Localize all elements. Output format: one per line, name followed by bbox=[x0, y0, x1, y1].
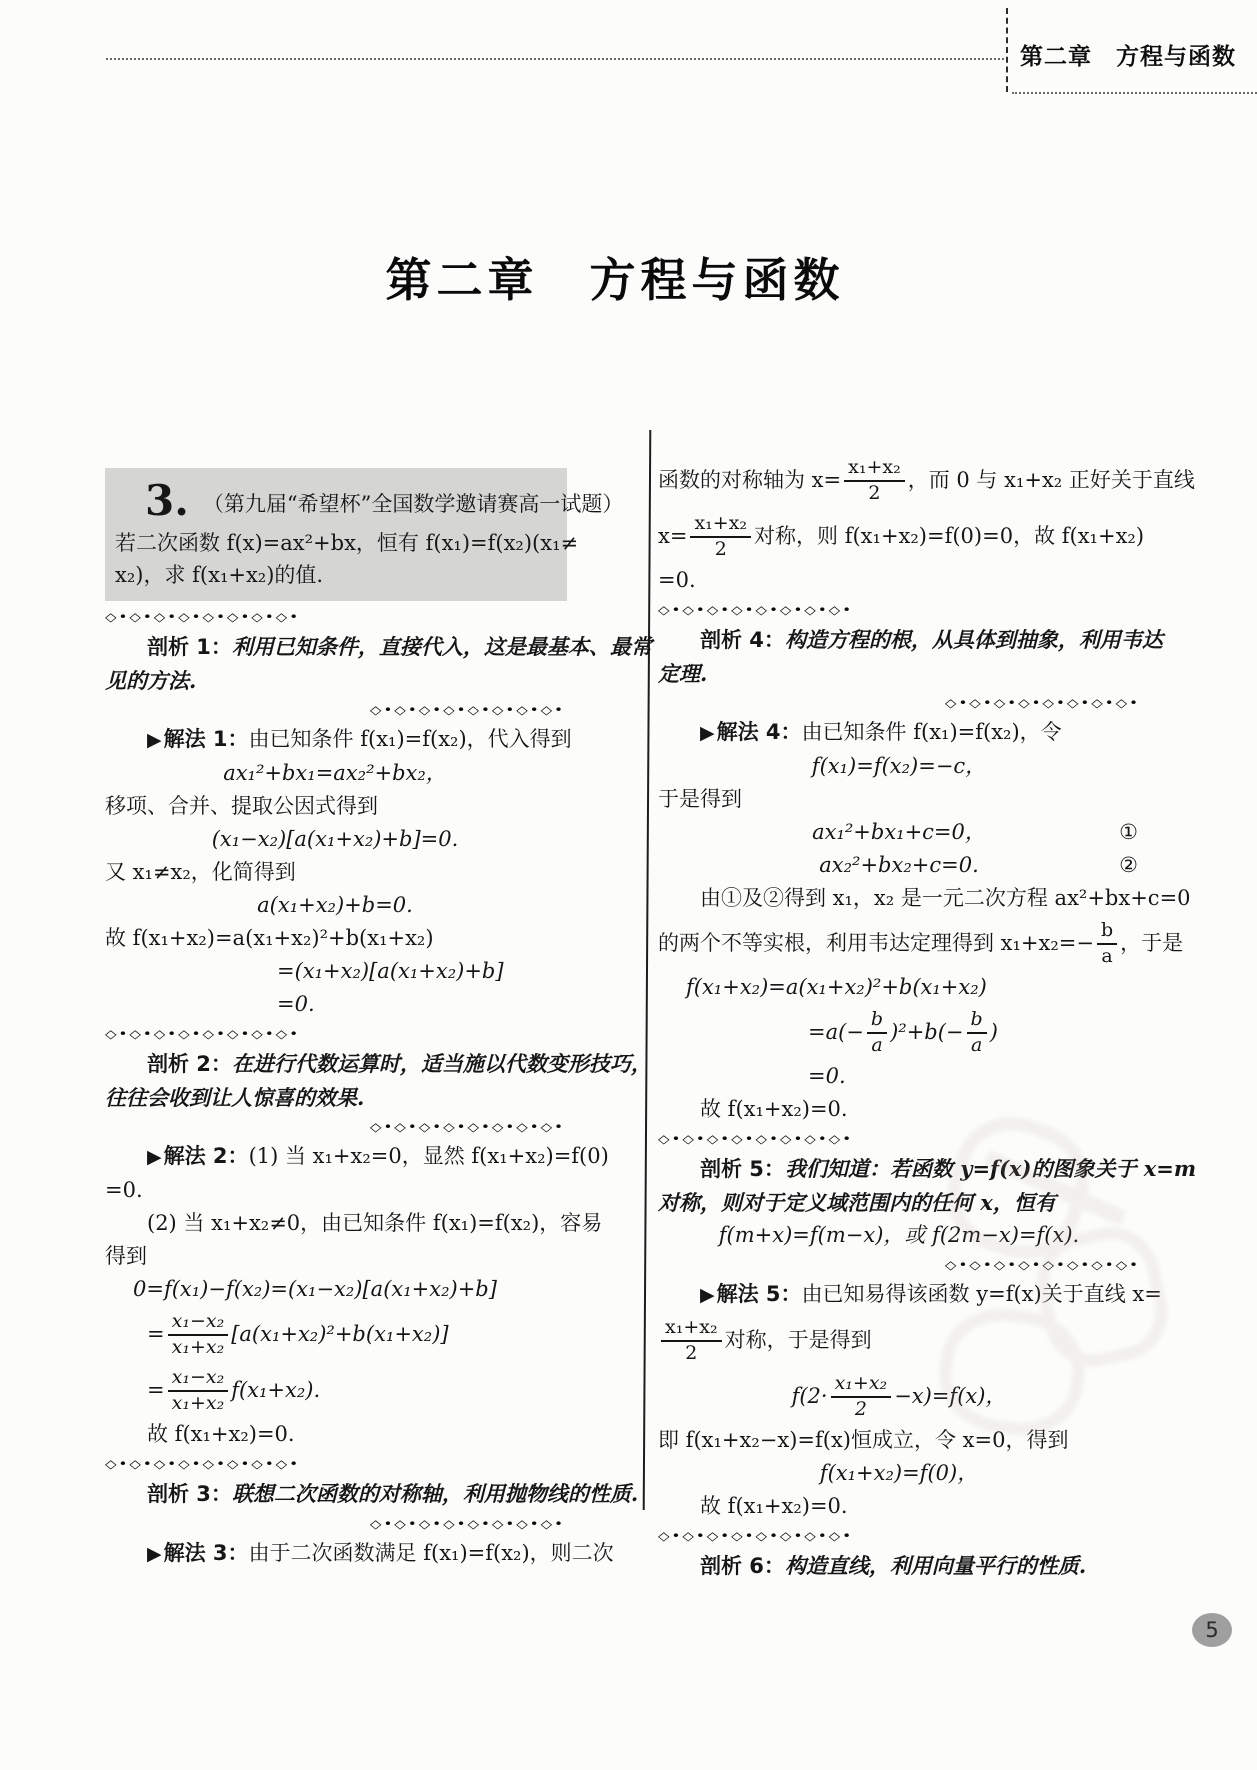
solution-3-continued: =0. bbox=[658, 564, 1140, 597]
solution-4-equation: f(x₁)=f(x₂)=−c， bbox=[658, 750, 1140, 783]
solution-3-intro: ▶解法 3：由于二次函数满足 f(x₁)=f(x₂)，则二次 bbox=[105, 1537, 565, 1571]
solution-1-equation: a(x₁+x₂)+b=0. bbox=[105, 889, 565, 922]
fraction: x₁+x₂2 bbox=[844, 457, 905, 505]
analysis-3-line: 剖析 3：联想二次函数的对称轴，利用抛物线的性质. bbox=[105, 1477, 565, 1511]
solution-marker-icon: ▶ bbox=[147, 1543, 162, 1565]
fraction: x₁+x₂2 bbox=[690, 513, 751, 561]
solution-4-equation: ax₁²+bx₁+c=0，① bbox=[658, 816, 1140, 849]
analysis-5-line: 对称，则对于定义域范围内的任何 x，恒有 bbox=[658, 1186, 1140, 1219]
solution-5-equation: f(x₁+x₂)=f(0)， bbox=[658, 1457, 1140, 1490]
solution-4-label: 解法 4： bbox=[717, 720, 802, 744]
page-number-badge: 5 bbox=[1192, 1613, 1232, 1647]
section-divider: ◇•◇•◇•◇•◇•◇•◇•◇• bbox=[105, 1454, 565, 1473]
analysis-4-line: 定理. bbox=[658, 657, 1140, 690]
fraction: x₁−x₂x₁+x₂ bbox=[168, 1311, 229, 1359]
solution-1-text: 故 f(x₁+x₂)=a(x₁+x₂)²+b(x₁+x₂) bbox=[105, 922, 565, 955]
analysis-2-label: 剖析 2： bbox=[147, 1052, 232, 1076]
solution-1-text: 又 x₁≠x₂，化简得到 bbox=[105, 856, 565, 889]
left-column: 3.（第九届“希望杯”全国数学邀请赛高一试题） 若二次函数 f(x)=ax²+b… bbox=[105, 468, 565, 1571]
solution-5-text: 故 f(x₁+x₂)=0. bbox=[658, 1490, 1140, 1523]
solution-4-equation: f(x₁+x₂)=a(x₁+x₂)²+b(x₁+x₂) bbox=[658, 971, 1140, 1004]
solution-4-text: 由①及②得到 x₁，x₂ 是一元二次方程 ax²+bx+c=0 bbox=[658, 882, 1140, 915]
section-divider: ◇•◇•◇•◇•◇•◇•◇•◇• bbox=[658, 600, 1140, 619]
solution-4-equation: =0. bbox=[658, 1060, 1140, 1093]
solution-2-equation: 0=f(x₁)−f(x₂)=(x₁−x₂)[a(x₁+x₂)+b] bbox=[105, 1273, 565, 1306]
fraction: ba bbox=[867, 1009, 887, 1057]
solution-2-text: =0. bbox=[105, 1174, 565, 1207]
solution-1-equation: (x₁−x₂)[a(x₁+x₂)+b]=0. bbox=[105, 823, 565, 856]
header-dashed-divider bbox=[1006, 8, 1008, 92]
equation-number: ② bbox=[1119, 849, 1138, 882]
solution-5-text: x₁+x₂2对称，于是得到 bbox=[658, 1312, 1140, 1368]
section-divider: ◇•◇•◇•◇•◇•◇•◇•◇• bbox=[658, 1526, 1140, 1545]
solution-marker-icon: ▶ bbox=[147, 729, 162, 751]
problem-source: （第九届“希望杯”全国数学邀请赛高一试题） bbox=[203, 492, 623, 516]
solution-marker-icon: ▶ bbox=[700, 1284, 715, 1306]
solution-5-text: 即 f(x₁+x₂−x)=f(x)恒成立，令 x=0，得到 bbox=[658, 1424, 1140, 1457]
analysis-1-line: 见的方法. bbox=[105, 664, 565, 697]
solution-2-equation: =x₁−x₂x₁+x₂f(x₁+x₂). bbox=[105, 1362, 565, 1418]
equation-number: ① bbox=[1119, 816, 1138, 849]
analysis-2-line: 往往会收到让人惊喜的效果. bbox=[105, 1081, 565, 1114]
solution-3-label: 解法 3： bbox=[164, 1541, 249, 1565]
problem-text-line: 若二次函数 f(x)=ax²+bx，恒有 f(x₁)=f(x₂)(x₁≠ bbox=[115, 527, 559, 559]
analysis-1-line: 剖析 1：利用已知条件，直接代入，这是最基本、最常 bbox=[105, 630, 565, 664]
solution-1-intro: ▶解法 1：由已知条件 f(x₁)=f(x₂)，代入得到 bbox=[105, 723, 565, 757]
section-divider: ◇•◇•◇•◇•◇•◇•◇•◇• bbox=[105, 1514, 565, 1533]
header-dotted-rule-left bbox=[106, 58, 1004, 60]
analysis-5-line: 剖析 5：我们知道：若函数 y=f(x)的图象关于 x=m bbox=[658, 1152, 1140, 1186]
solution-5-intro: ▶解法 5：由已知易得该函数 y=f(x)关于直线 x= bbox=[658, 1278, 1140, 1312]
solution-4-text: 的两个不等实根，利用韦达定理得到 x₁+x₂=−ba，于是 bbox=[658, 915, 1140, 971]
solution-marker-icon: ▶ bbox=[700, 722, 715, 744]
solution-4-intro: ▶解法 4：由已知条件 f(x₁)=f(x₂)，令 bbox=[658, 716, 1140, 750]
solution-2-text: 得到 bbox=[105, 1240, 565, 1273]
solution-2-text: 故 f(x₁+x₂)=0. bbox=[105, 1418, 565, 1451]
solution-1-equation: ax₁²+bx₁=ax₂²+bx₂， bbox=[105, 757, 565, 790]
section-divider: ◇•◇•◇•◇•◇•◇•◇•◇• bbox=[105, 1117, 565, 1136]
section-divider: ◇•◇•◇•◇•◇•◇•◇•◇• bbox=[658, 1255, 1140, 1274]
section-divider: ◇•◇•◇•◇•◇•◇•◇•◇• bbox=[105, 607, 565, 626]
column-rule bbox=[643, 430, 652, 1510]
solution-4-equation: =a(−ba)²+b(−ba) bbox=[658, 1004, 1140, 1060]
analysis-5-label: 剖析 5： bbox=[700, 1157, 785, 1181]
problem-box: 3.（第九届“希望杯”全国数学邀请赛高一试题） 若二次函数 f(x)=ax²+b… bbox=[105, 468, 567, 601]
analysis-6-line: 剖析 6：构造直线，利用向量平行的性质. bbox=[658, 1549, 1140, 1583]
problem-text-line: x₂)，求 f(x₁+x₂)的值. bbox=[115, 559, 559, 591]
solution-2-label: 解法 2： bbox=[164, 1144, 249, 1168]
header-dotted-rule-right bbox=[1012, 92, 1257, 94]
solution-5-equation: f(2·x₁+x₂2−x)=f(x)， bbox=[658, 1368, 1140, 1424]
fraction: x₁+x₂2 bbox=[661, 1317, 722, 1365]
solution-2-intro: ▶解法 2：(1) 当 x₁+x₂=0，显然 f(x₁+x₂)=f(0) bbox=[105, 1140, 565, 1174]
right-column: 函数的对称轴为 x=x₁+x₂2，而 0 与 x₁+x₂ 正好关于直线 x=x₁… bbox=[658, 452, 1140, 1583]
section-divider: ◇•◇•◇•◇•◇•◇•◇•◇• bbox=[105, 700, 565, 719]
problem-number: 3. bbox=[145, 476, 189, 525]
solution-3-continued: x=x₁+x₂2对称，则 f(x₁+x₂)=f(0)=0，故 f(x₁+x₂) bbox=[658, 508, 1140, 564]
analysis-4-line: 剖析 4：构造方程的根，从具体到抽象，利用韦达 bbox=[658, 623, 1140, 657]
analysis-3-label: 剖析 3： bbox=[147, 1482, 232, 1506]
fraction: x₁+x₂2 bbox=[831, 1373, 892, 1421]
running-head-chapter: 第二章 方程与函数 bbox=[1020, 38, 1236, 71]
solution-4-text: 于是得到 bbox=[658, 783, 1140, 816]
solution-1-label: 解法 1： bbox=[164, 727, 249, 751]
analysis-2-line: 剖析 2：在进行代数运算时，适当施以代数变形技巧， bbox=[105, 1047, 565, 1081]
solution-1-equation: =0. bbox=[105, 988, 565, 1021]
solution-1-equation: =(x₁+x₂)[a(x₁+x₂)+b] bbox=[105, 955, 565, 988]
fraction: x₁−x₂x₁+x₂ bbox=[168, 1367, 229, 1415]
analysis-1-label: 剖析 1： bbox=[147, 635, 232, 659]
section-divider: ◇•◇•◇•◇•◇•◇•◇•◇• bbox=[658, 1129, 1140, 1148]
solution-2-equation: =x₁−x₂x₁+x₂[a(x₁+x₂)²+b(x₁+x₂)] bbox=[105, 1306, 565, 1362]
fraction: ba bbox=[1097, 920, 1117, 968]
chapter-title: 第二章 方程与函数 bbox=[0, 244, 1230, 310]
solution-5-label: 解法 5： bbox=[717, 1282, 802, 1306]
fraction: ba bbox=[967, 1009, 987, 1057]
solution-1-text: 移项、合并、提取公因式得到 bbox=[105, 790, 565, 823]
section-divider: ◇•◇•◇•◇•◇•◇•◇•◇• bbox=[105, 1024, 565, 1043]
solution-4-equation: ax₂²+bx₂+c=0.② bbox=[658, 849, 1140, 882]
solution-marker-icon: ▶ bbox=[147, 1146, 162, 1168]
section-divider: ◇•◇•◇•◇•◇•◇•◇•◇• bbox=[658, 693, 1140, 712]
solution-3-continued: 函数的对称轴为 x=x₁+x₂2，而 0 与 x₁+x₂ 正好关于直线 bbox=[658, 452, 1140, 508]
analysis-5-equation: f(m+x)=f(m−x)，或 f(2m−x)=f(x). bbox=[658, 1219, 1140, 1252]
analysis-4-label: 剖析 4： bbox=[700, 628, 785, 652]
solution-4-text: 故 f(x₁+x₂)=0. bbox=[658, 1093, 1140, 1126]
analysis-6-label: 剖析 6： bbox=[700, 1554, 785, 1578]
solution-2-text: (2) 当 x₁+x₂≠0，由已知条件 f(x₁)=f(x₂)，容易 bbox=[105, 1207, 565, 1240]
book-page: 第二章 方程与函数 第二章 方程与函数 3.（第九届“希望杯”全国数学邀请赛高一… bbox=[0, 0, 1257, 1770]
